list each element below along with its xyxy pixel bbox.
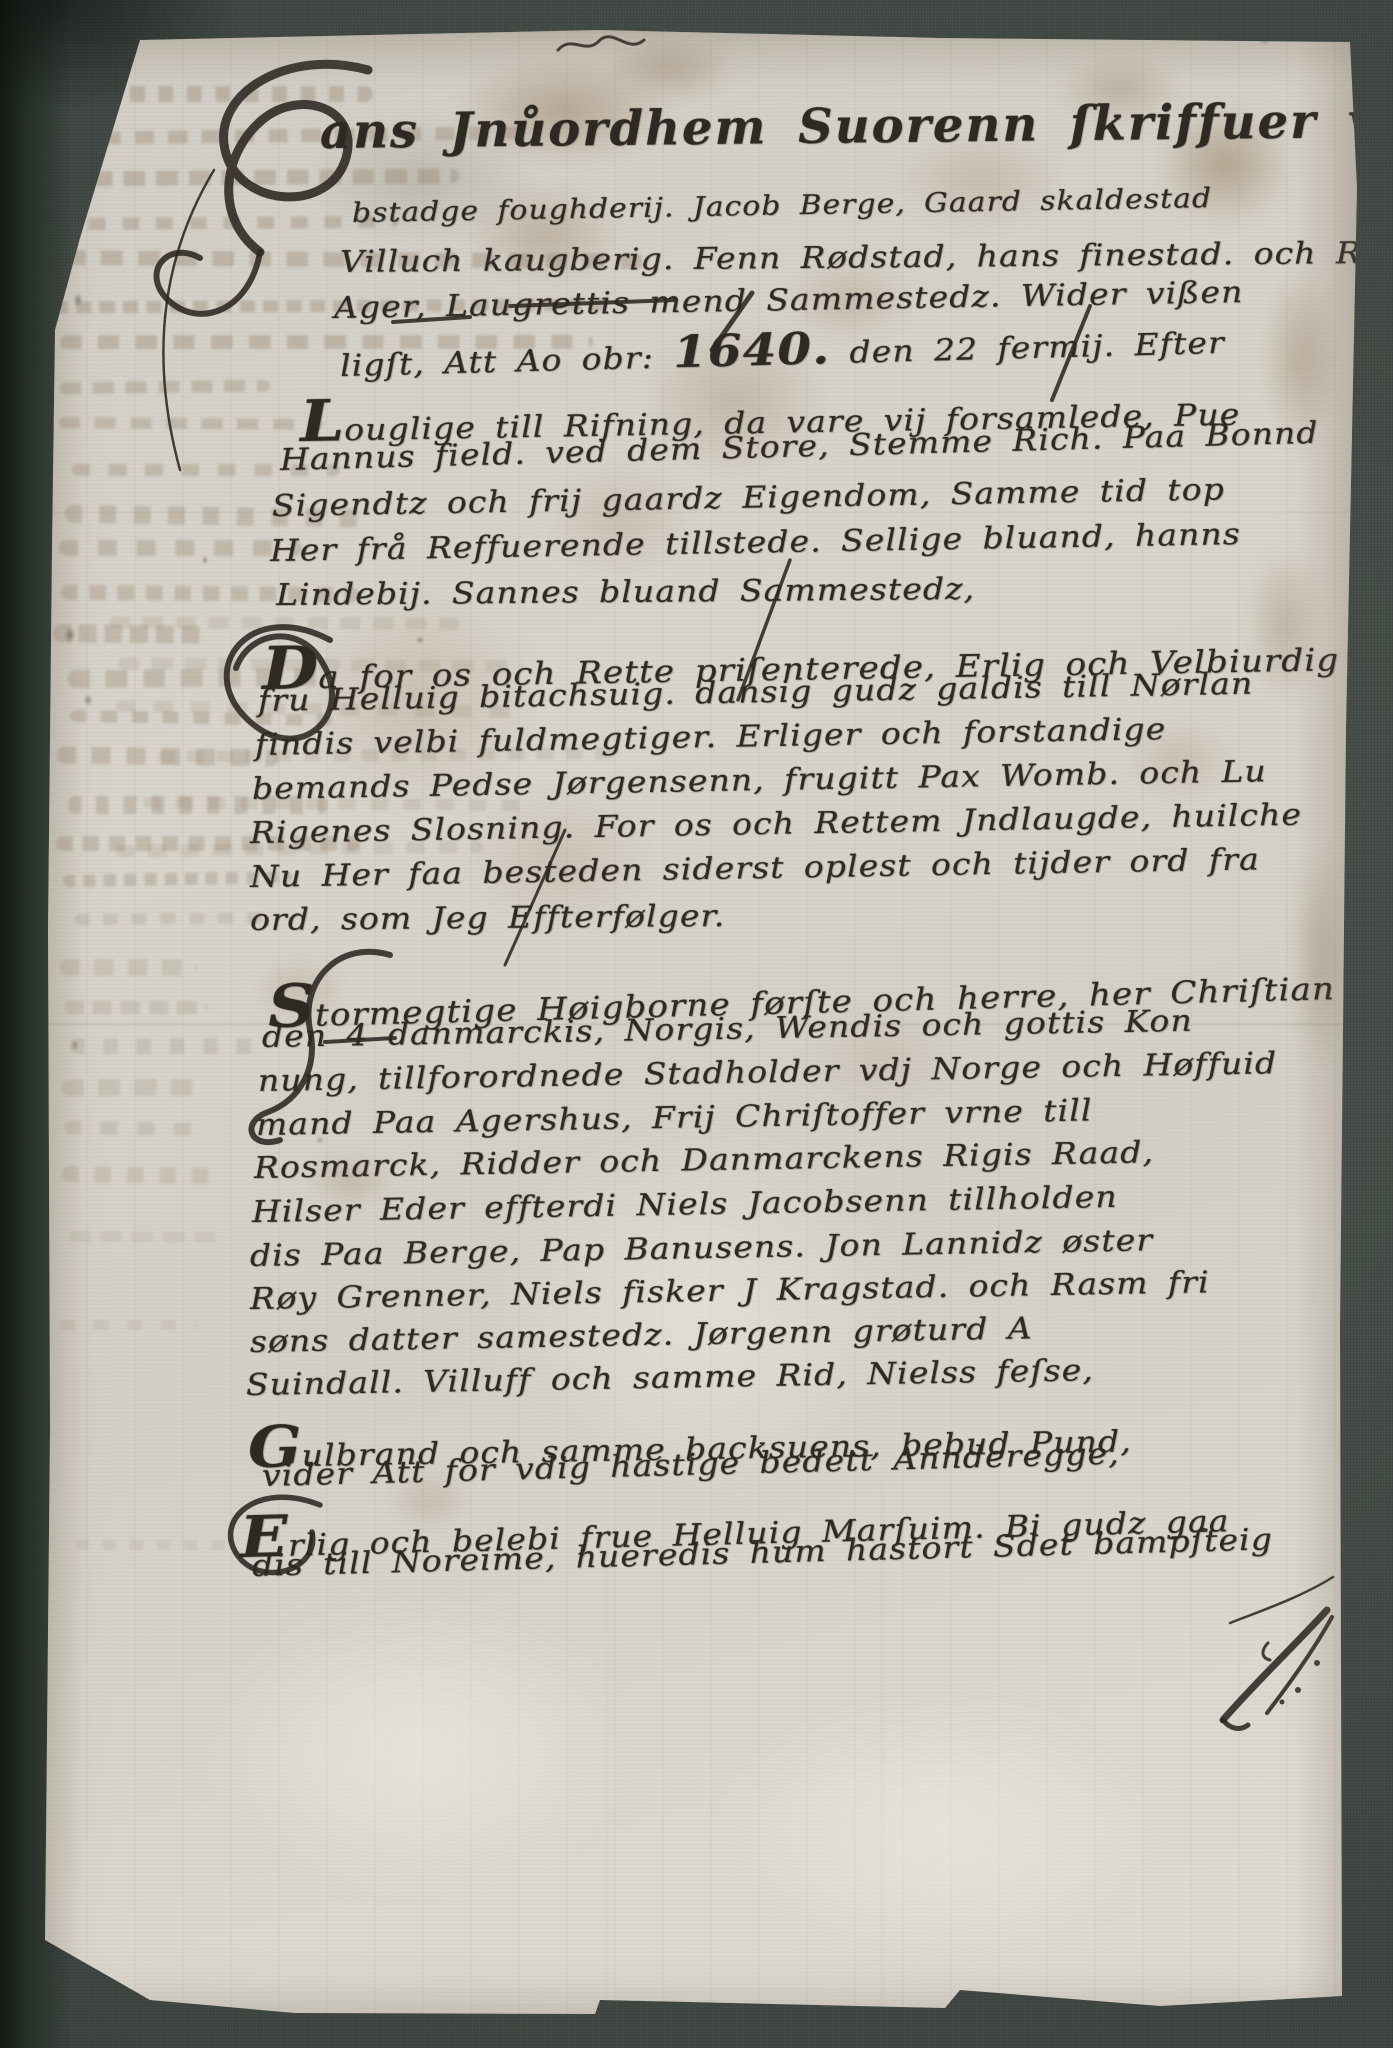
manuscript-line: Røy Grenner, Niels fisker J Kragstad. oc… xyxy=(250,1265,1210,1317)
manuscript-line: søns datter samestedz. Jørgenn grøturd A xyxy=(250,1311,1033,1360)
manuscript-line-segment: den 22 fermij. Efter xyxy=(830,326,1226,371)
manuscript-line: Sigendtz och frij gaardz Eigendom, Samme… xyxy=(272,472,1225,524)
manuscript-line: Nu Her faa besteden siderst oplest och t… xyxy=(250,842,1260,895)
manuscript-line: Villuch kaugberig. Fenn Rødstad, hans fi… xyxy=(340,236,1391,280)
manuscript-line-segment: 1640. xyxy=(672,323,830,378)
manuscript-heading: ans Jnůordhem Suorenn ſkriffuer v Auer o… xyxy=(320,90,1393,160)
manuscript-line: Lindebij. Sannes bluand Sammestedz, xyxy=(276,572,975,613)
manuscript-line: bemands Pedse Jørgensenn, frugitt Pax Wo… xyxy=(252,754,1267,807)
manuscript-page: ans Jnůordhem Suorenn ſkriffuer v Auer o… xyxy=(40,28,1360,2020)
manuscript-line: Hilser Eder effterdi Niels Jacobsenn til… xyxy=(252,1180,1118,1230)
manuscript-line: bstadge foughderij. Jacob Berge, Gaard s… xyxy=(352,183,1213,229)
manuscript-line: dis Paa Berge, Pap Banusens. Jon Lannidz… xyxy=(250,1223,1154,1274)
manuscript-line: Rigenes Slosning. For os och Rettem Jndl… xyxy=(250,798,1303,851)
manuscript-line: findis velbi fuldmegtiger. Erliger och f… xyxy=(255,712,1167,763)
manuscript-line: nung, tillforordnede Stadholder vdj Norg… xyxy=(258,1046,1278,1099)
manuscript-line: mand Paa Agershus, Frij Chriſtoffer vrne… xyxy=(256,1093,1093,1143)
manuscript-line-segment: ligſt, Att Ao obr: xyxy=(340,340,674,384)
manuscript-line: ord, som Jeg Effterfølger. xyxy=(250,899,726,938)
manuscript-line: Rosmarck, Ridder och Danmarckens Rigis R… xyxy=(254,1135,1155,1186)
manuscript-line: Her frå Reffuerende tillstede. Sellige b… xyxy=(270,517,1241,569)
scan-background: ans Jnůordhem Suorenn ſkriffuer v Auer o… xyxy=(0,0,1393,2048)
manuscript-line: Suindall. Villuff och samme Rid, Nielss … xyxy=(246,1353,1095,1403)
text-layer: ans Jnůordhem Suorenn ſkriffuer v Auer o… xyxy=(40,28,1360,2020)
